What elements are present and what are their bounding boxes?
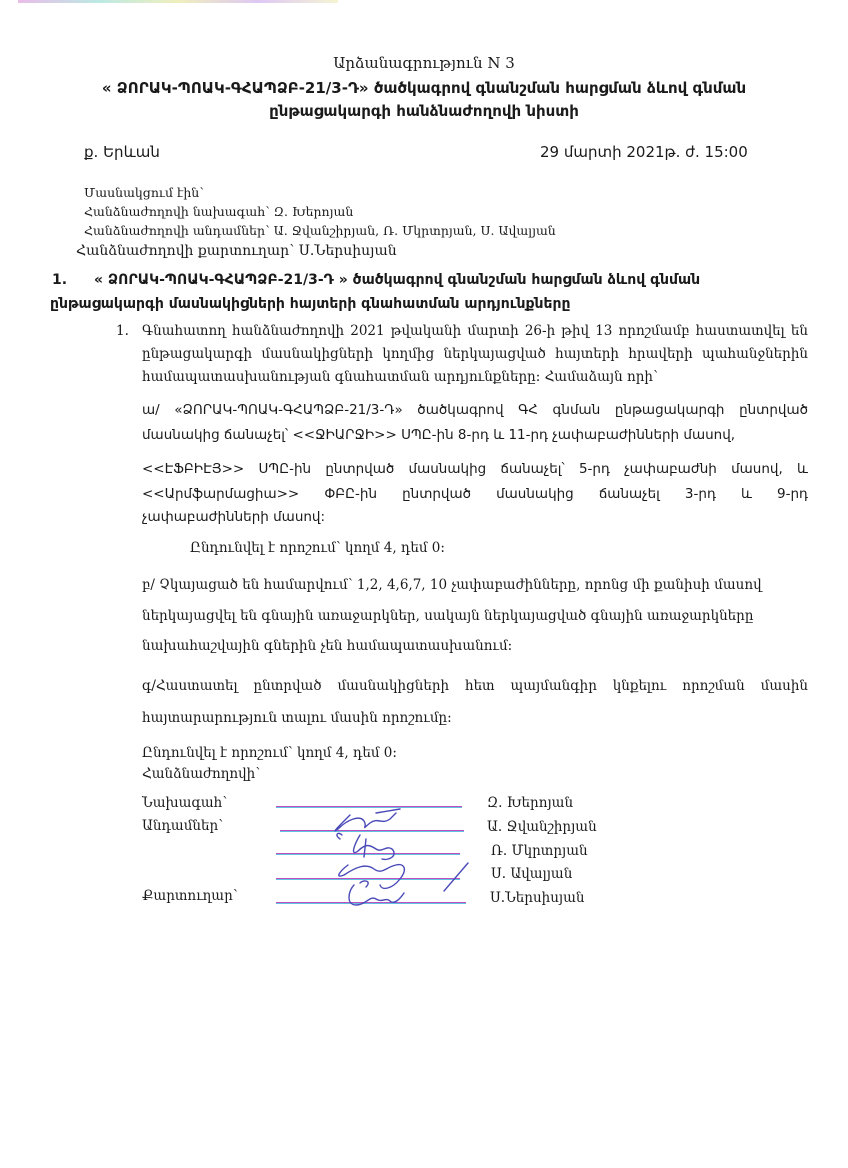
- document-title: Արձանագրություն N 3: [0, 54, 848, 72]
- signatory-name: Ս.Ներսիսյան: [490, 890, 585, 906]
- document-subtitle-line1: « ՁՈՐԱԿ-ՊՈԱԿ-ԳՀԱՊՁԲ-21/3-Դ» ծածկագրով գն…: [0, 79, 848, 97]
- point-a2-line: <<Արմֆարմացիա>> ՓԲԸ-ին ընտրված մասնակից …: [142, 486, 808, 502]
- point-a-line: ա/ «ՁՈՐԱԿ-ՊՈԱԿ-ԳՀԱՊՁԲ-21/3-Դ» ծածկագրով …: [142, 402, 808, 418]
- vote-result-1: Ընդունվել է որոշում՝ կողմ 4, դեմ 0:: [190, 540, 445, 556]
- signature-label-chair: Նախագահ՝: [142, 795, 227, 811]
- attendees-chair: Հանձնաժողովի նախագահ՝ Զ. Խերոյան: [84, 204, 353, 219]
- section1-title-line1: « ՁՈՐԱԿ-ՊՈԱԿ-ԳՀԱՊՁԲ-21/3-Դ » ծածկագրով գ…: [94, 272, 700, 288]
- signatory-name: Ռ. Մկրտրյան: [491, 843, 588, 859]
- point-b-line: նախահաշվային գներին չեն համապատասխանում:: [142, 638, 512, 654]
- point-a2-line: <<ԷՖԲԻԷՅ>> ՍՊԸ-ին ընտրված մասնակից ճանաչ…: [142, 461, 808, 477]
- city: ք. Երևան: [84, 143, 160, 161]
- datetime: 29 մարտի 2021թ. ժ. 15:00: [540, 143, 748, 161]
- handwritten-signatures-icon: [320, 805, 500, 915]
- point-c-line: գ/Հաստատել ընտրված մասնակիցների հետ պայմ…: [142, 678, 808, 694]
- attendees-secretary: Հանձնաժողովի քարտուղար՝ Ս.Ներսիսյան: [76, 243, 397, 259]
- point-a2-line: չափաբաժինների մասով:: [142, 509, 325, 525]
- signatory-name: Ս. Ավալյան: [491, 866, 572, 882]
- section1-number: 1.: [52, 272, 67, 288]
- point-a-line: մասնակից ճանաչել՝ <<ՋԻԱՐՋԻ>> ՍՊԸ-ին 8-րդ…: [142, 427, 735, 443]
- signatures-heading: Հանձնաժողովի՝: [142, 766, 260, 782]
- vote-result-2: Ընդունվել է որոշում՝ կողմ 4, դեմ 0:: [142, 745, 397, 761]
- signature-label-secretary: Քարտուղար՝: [142, 888, 238, 904]
- attendees-members: Հանձնաժողովի անդամներ՝ Ա. Ջվանշիրյան, Ռ.…: [84, 223, 556, 238]
- item1-line: ընթացակարգի մասնակիցների կողմից ներկայաց…: [142, 346, 808, 362]
- point-b-line: ներկայացվել են գնային առաջարկներ, սակայն…: [142, 608, 753, 624]
- point-b-line: բ/ Չկայացած են համարվում՝ 1,2, 4,6,7, 10…: [142, 577, 762, 593]
- document-subtitle-line2: ընթացակարգի հանձնաժողովի նիստի: [0, 102, 848, 120]
- item1-line: համապատասխանության գնահատման արդյունքներ…: [142, 369, 658, 385]
- signature-label-members: Անդամներ՝: [142, 818, 223, 834]
- section1-title-line2: ընթացակարգի մասնակիցների հայտերի գնահատմ…: [50, 296, 570, 312]
- item1-number: 1.: [116, 323, 129, 339]
- item1-line: Գնահատող հանձնաժողովի 2021 թվականի մարտի…: [142, 323, 808, 339]
- attendees-intro: Մասնակցում էին՝: [84, 185, 204, 200]
- signatory-name: Ա. Ջվանշիրյան: [487, 819, 597, 835]
- point-c-line: հայտարարություն տալու մասին որոշումը:: [142, 710, 452, 726]
- scan-edge-artifact: [18, 0, 338, 3]
